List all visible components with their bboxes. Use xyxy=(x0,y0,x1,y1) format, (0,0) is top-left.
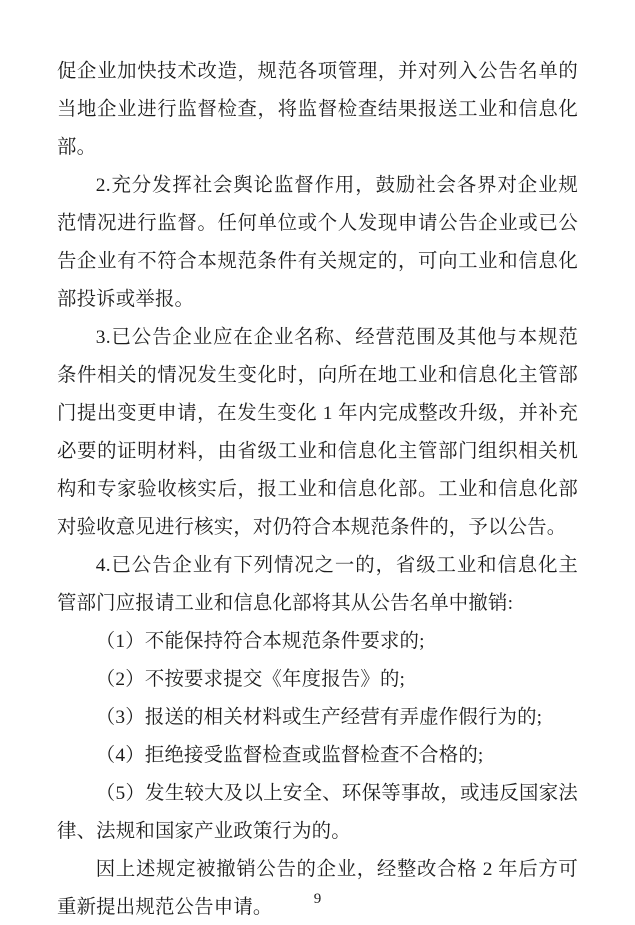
list-item-5: （5）发生较大及以上安全、环保等事故，或违反国家法律、法规和国家产业政策行为的。 xyxy=(57,775,578,851)
list-item-4: （4）拒绝接受监督检查或监督检查不合格的; xyxy=(57,737,578,775)
paragraph-continuation: 促企业加快技术改造，规范各项管理，并对列入公告名单的当地企业进行监督检查，将监督… xyxy=(57,53,578,167)
paragraph-item-4: 4.已公告企业有下列情况之一的，省级工业和信息化主管部门应报请工业和信息化部将其… xyxy=(57,547,578,623)
paragraph-closing: 因上述规定被撤销公告的企业，经整改合格 2 年后方可重新提出规范公告申请。 xyxy=(57,851,578,925)
list-item-1: （1）不能保持符合本规范条件要求的; xyxy=(57,623,578,661)
list-item-2: （2）不按要求提交《年度报告》的; xyxy=(57,661,578,699)
paragraph-item-2: 2.充分发挥社会舆论监督作用，鼓励社会各界对企业规范情况进行监督。任何单位或个人… xyxy=(57,167,578,319)
paragraph-item-3: 3.已公告企业应在企业名称、经营范围及其他与本规范条件相关的情况发生变化时，向所… xyxy=(57,319,578,547)
document-body: 促企业加快技术改造，规范各项管理，并对列入公告名单的当地企业进行监督检查，将监督… xyxy=(57,53,578,925)
list-item-3: （3）报送的相关材料或生产经营有弄虚作假行为的; xyxy=(57,699,578,737)
document-page: 促企业加快技术改造，规范各项管理，并对列入公告名单的当地企业进行监督检查，将监督… xyxy=(0,0,635,925)
page-number: 9 xyxy=(0,889,635,909)
